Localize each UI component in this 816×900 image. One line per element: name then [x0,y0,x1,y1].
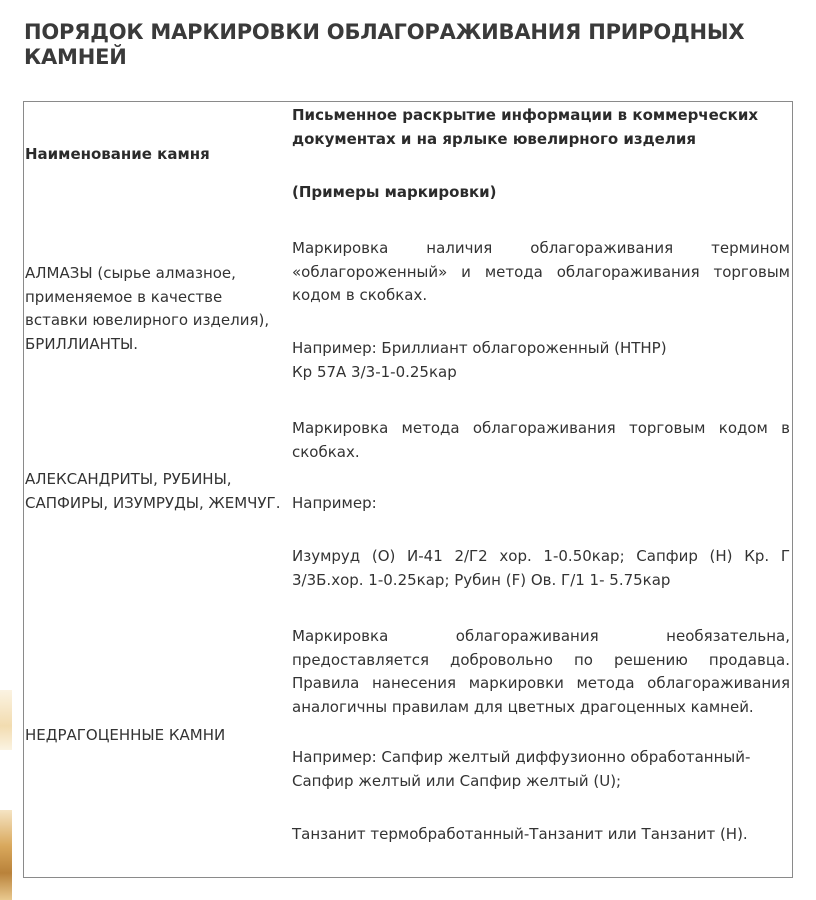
example-line: Кр 57А 3/3-1-0.25кар [292,363,457,381]
stone-name-main: АЛМАЗЫ [25,264,93,282]
marking-rule-semi-precious: Маркировка облагораживания необязательна… [292,625,790,719]
marking-example-colored-gems: Изумруд (О) И-41 2/Г2 хор. 1-0.50кар; Са… [292,545,790,592]
marking-example-semi-precious-1: Например: Сапфир желтый диффузионно обра… [292,746,790,793]
column-header-stone-name: Наименование камня [25,143,287,167]
stone-name-extra: БРИЛЛИАНТЫ. [25,335,138,353]
marking-rule-colored-gems: Маркировка метода облагораживания торгов… [292,417,790,464]
marking-example-label: Например: [292,492,790,516]
stone-name-diamonds: АЛМАЗЫ (сырье алмазное, применяемое в ка… [25,262,287,356]
stone-name-semi-precious: НЕДРАГОЦЕННЫЕ КАМНИ [25,724,287,748]
decorative-background-strip [0,810,12,900]
decorative-background-strip [0,690,12,750]
stone-name-colored-gems: АЛЕКСАНДРИТЫ, РУБИНЫ, САПФИРЫ, ИЗУМРУДЫ,… [25,468,287,515]
page-title: ПОРЯДОК МАРКИРОВКИ ОБЛАГОРАЖИВАНИЯ ПРИРО… [24,20,794,70]
column-header-disclosure: Письменное раскрытие информации в коммер… [292,104,790,151]
example-line: Например: Бриллиант облагороженный (HTHP… [292,339,667,357]
marking-rule-diamonds: Маркировка наличия облагораживания терми… [292,237,790,308]
column-header-examples: (Примеры маркировки) [292,181,790,205]
marking-example-semi-precious-2: Танзанит термобработанный-Танзанит или Т… [292,823,790,847]
marking-example-diamonds: Например: Бриллиант облагороженный (HTHP… [292,337,790,384]
